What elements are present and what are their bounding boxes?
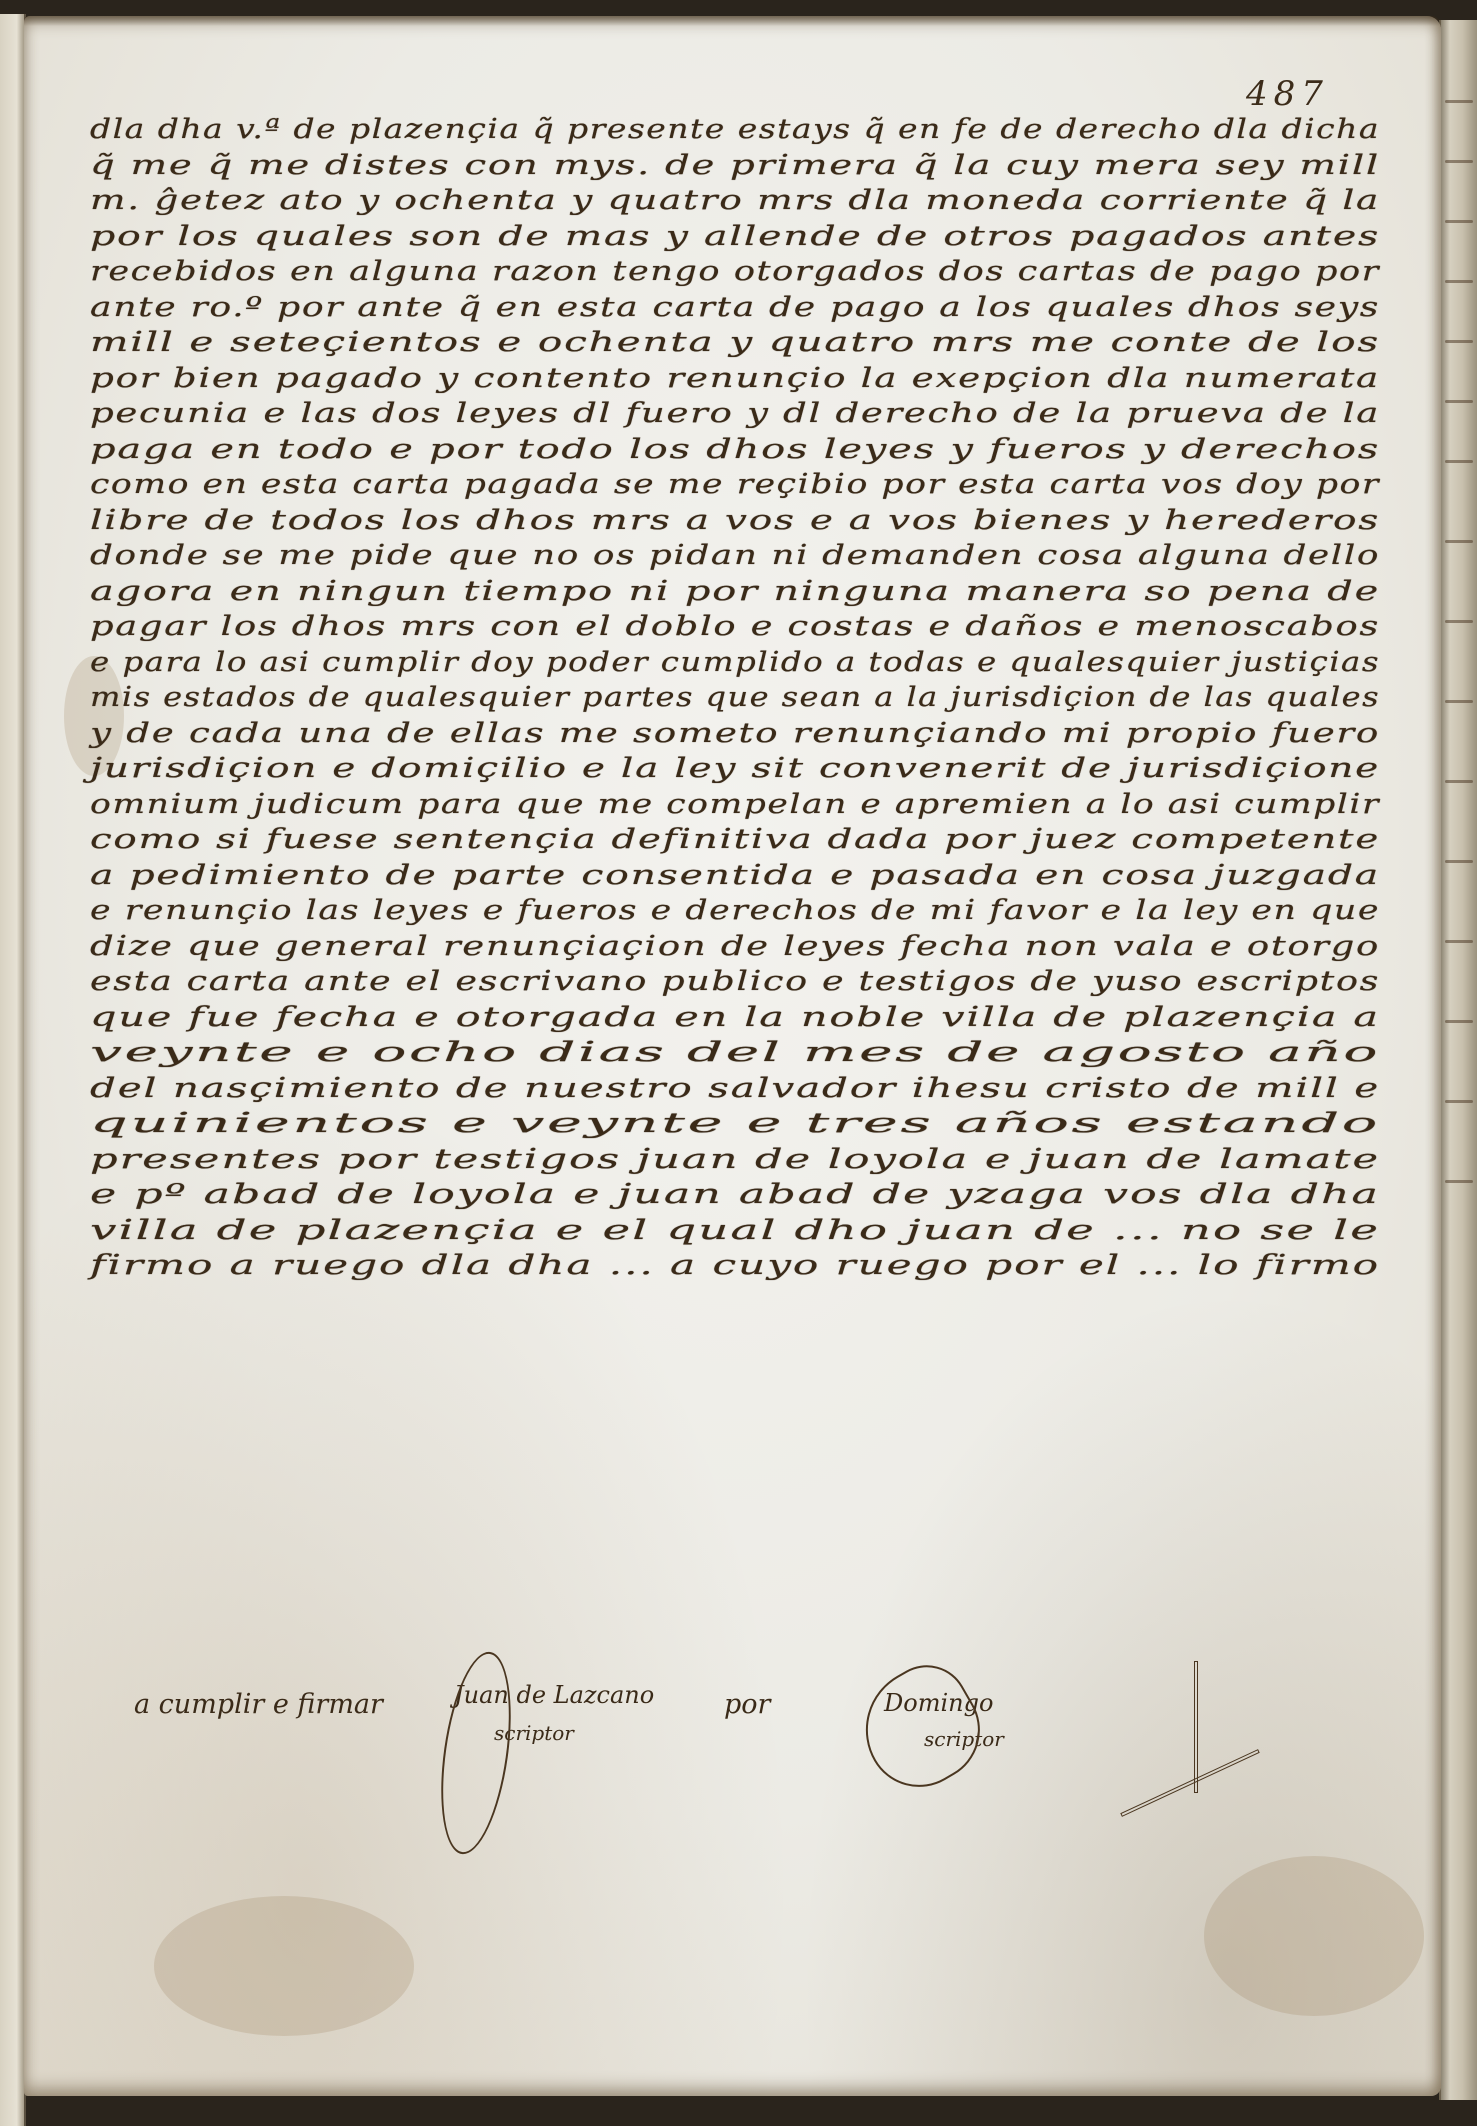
text-line: mill e seteçientos e ochenta y quatro mr… xyxy=(90,327,1477,363)
left-page-edge xyxy=(0,14,26,2126)
text-line: q̃ me q̃ me distes con mys. de primera q… xyxy=(90,150,1477,186)
text-line: presentes por testigos juan de loyola e … xyxy=(90,1144,1477,1180)
text-line: que fue fecha e otorgada en la noble vil… xyxy=(90,1002,1477,1038)
manuscript-scan: 487 dla dha v.ª de plazençia q̃ presente… xyxy=(0,0,1477,2126)
text-line: a pedimiento de parte consentida e pasad… xyxy=(90,860,1477,896)
text-line: agora en ningun tiempo ni por ninguna ma… xyxy=(90,576,1477,612)
text-line: pagar los dhos mrs con el doblo e costas… xyxy=(90,611,1477,647)
rubric-stroke xyxy=(1120,1749,1259,1817)
text-line: como si fuese sentençia definitiva dada … xyxy=(90,824,1477,860)
text-line: por bien pagado y contento renunçio la e… xyxy=(90,363,1477,399)
text-line: firmo a ruego dla dha ... a cuyo ruego p… xyxy=(90,1250,1477,1286)
signature-por: por xyxy=(724,1689,770,1720)
text-line: por los quales son de mas y allende de o… xyxy=(90,221,1477,257)
text-line: jurisdiçion e domiçilio e la ley sit con… xyxy=(90,753,1477,789)
manuscript-text: dla dha v.ª de plazençia q̃ presente est… xyxy=(90,114,1420,1286)
text-line: dla dha v.ª de plazençia q̃ presente est… xyxy=(90,114,1477,150)
rubric-stroke xyxy=(1194,1661,1198,1793)
signature-block: a cumplir e firmar Juan de Lazcano scrip… xyxy=(124,1681,1324,1901)
text-line: libre de todos los dhos mrs a vos e a vo… xyxy=(90,505,1477,541)
text-line: paga en todo e por todo los dhos leyes y… xyxy=(90,434,1477,470)
folio-page: 487 dla dha v.ª de plazençia q̃ presente… xyxy=(24,16,1441,2096)
text-line: veynte e ocho dias del mes de agosto año xyxy=(90,1037,1477,1073)
text-line: donde se me pide que no os pidan ni dema… xyxy=(90,540,1477,576)
text-line: e para lo asi cumplir doy poder cumplido… xyxy=(90,647,1477,683)
text-line: e pº abad de loyola e juan abad de yzaga… xyxy=(90,1179,1477,1215)
text-line: esta carta ante el escrivano publico e t… xyxy=(90,966,1477,1002)
text-line: ante ro.º por ante q̃ en esta carta de p… xyxy=(90,292,1477,328)
text-line: y de cada una de ellas me someto renunçi… xyxy=(90,718,1477,754)
text-line: como en esta carta pagada se me reçibio … xyxy=(90,469,1477,505)
signature-flourish xyxy=(430,1648,522,1859)
text-line: recebidos en alguna razon tengo otorgado… xyxy=(90,256,1477,292)
text-line: pecunia e las dos leyes dl fuero y dl de… xyxy=(90,398,1477,434)
text-line: omnium judicum para que me compelan e ap… xyxy=(90,789,1477,825)
closing-phrase: a cumplir e firmar xyxy=(134,1689,383,1720)
folio-number: 487 xyxy=(1246,74,1329,114)
text-line: m. ĝetez ato y ochenta y quatro mrs dla … xyxy=(90,185,1477,221)
text-line: del nasçimiento de nuestro salvador ihes… xyxy=(90,1073,1477,1109)
text-line: dize que general renunçiaçion de leyes f… xyxy=(90,931,1477,967)
text-line: villa de plazençia e el qual dho juan de… xyxy=(90,1215,1477,1251)
text-line: mis estados de qualesquier partes que se… xyxy=(90,682,1477,718)
text-line: quinientos e veynte e tres años estando xyxy=(90,1108,1477,1144)
text-line: e renunçio las leyes e fueros e derechos… xyxy=(90,895,1477,931)
signature-flourish xyxy=(843,1650,999,1806)
